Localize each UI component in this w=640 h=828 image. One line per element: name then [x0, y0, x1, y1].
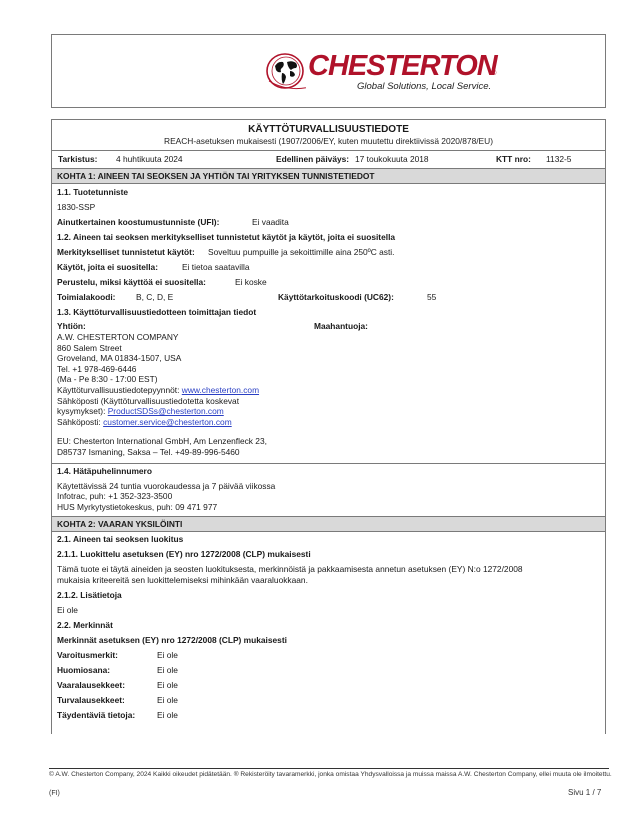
company-line: Tel. +1 978-469-6446: [52, 364, 605, 375]
chesterton-logo: CHESTERTON ® Global Solutions, Local Ser…: [266, 49, 506, 95]
ufi-row: Ainutkertainen koostumustunniste (UFI): …: [52, 215, 605, 230]
use-code-label: Käyttötarkoituskoodi (UC62):: [278, 290, 394, 305]
revision-label: Tarkistus:: [58, 151, 97, 168]
reason-value: Ei koske: [235, 275, 267, 290]
label-element-row: Varoitusmerkit:Ei ole: [52, 648, 605, 663]
classification-text: mukaisia kriteereitä sen luokittelemisek…: [52, 575, 605, 586]
relevant-uses-row: Merkitykselliset tunnistetut käytöt: Sov…: [52, 245, 605, 260]
classification-text: Tämä tuote ei täytä aineiden ja seosten …: [52, 564, 605, 575]
not-recommended-row: Käytöt, joita ei suositella: Ei tietoa s…: [52, 260, 605, 275]
product-identifier: 1830-SSP: [52, 200, 605, 215]
label-elements-heading: 2.2. Merkinnät: [52, 618, 605, 633]
email-cs-row: Sähköposti: customer.service@chesterton.…: [52, 417, 605, 428]
label-element-value: Ei ole: [157, 678, 178, 693]
label-element-label: Täydentäviä tietoja:: [57, 710, 135, 720]
reason-label: Perustelu, miksi käyttöä ei suositella:: [57, 277, 206, 287]
sector-code-value: B, C, D, E: [136, 290, 173, 305]
label-element-value: Ei ole: [157, 648, 178, 663]
footer-language: (FI): [49, 790, 60, 797]
emergency-phone-heading: 1.4. Hätäpuhelinnumero: [52, 464, 605, 479]
not-recommended-label: Käytöt, joita ei suositella:: [57, 262, 158, 272]
company-line: A.W. CHESTERTON COMPANY: [52, 332, 605, 343]
ufi-label: Ainutkertainen koostumustunniste (UFI):: [57, 217, 219, 227]
product-sds-email-link[interactable]: ProductSDSs@chesterton.com: [108, 406, 224, 416]
customer-service-email-link[interactable]: customer.service@chesterton.com: [103, 417, 232, 427]
revision-meta-row: Tarkistus: 4 huhtikuuta 2024 Edellinen p…: [52, 150, 605, 168]
ufi-value: Ei vaadita: [252, 215, 289, 230]
sds-document: KÄYTTÖTURVALLISUUSTIEDOTE REACH-asetukse…: [51, 119, 606, 734]
sector-code-row: Toimialakoodi: B, C, D, E Käyttötarkoitu…: [52, 290, 605, 305]
clp-labelling-heading: Merkinnät asetuksen (EY) nro 1272/2008 (…: [52, 633, 605, 648]
sds-requests-label: Käyttöturvallisuustiedotepyynnöt:: [57, 385, 182, 395]
emergency-line: Käytettävissä 24 tuntia vuorokaudessa ja…: [52, 481, 605, 492]
email-sds-label-line: Sähköposti (Käyttöturvallisuustiedotetta…: [52, 396, 605, 407]
revision-value: 4 huhtikuuta 2024: [116, 151, 183, 168]
use-code-value: 55: [427, 290, 436, 305]
label-element-row: Täydentäviä tietoja:Ei ole: [52, 708, 605, 723]
company-line: 860 Salem Street: [52, 343, 605, 354]
company-line: Groveland, MA 01834-1507, USA: [52, 353, 605, 364]
label-element-label: Varoitusmerkit:: [57, 650, 118, 660]
relevant-uses-label: Merkitykselliset tunnistetut käytöt:: [57, 247, 195, 257]
label-element-value: Ei ole: [157, 708, 178, 723]
label-element-row: Vaaralausekkeet:Ei ole: [52, 678, 605, 693]
importer-label: Maahantuoja:: [314, 320, 368, 332]
clp-classification-heading: 2.1.1. Luokittelu asetuksen (EY) nro 127…: [52, 547, 605, 562]
document-subtitle: REACH-asetuksen mukaisesti (1907/2006/EY…: [52, 136, 605, 150]
sds-number-value: 1132-5: [546, 151, 571, 168]
registered-mark: ®: [492, 71, 496, 77]
classification-heading: 2.1. Aineen tai seoksen luokitus: [52, 532, 605, 547]
logo-tagline: Global Solutions, Local Service.: [357, 81, 491, 92]
product-identifier-heading: 1.1. Tuotetunniste: [52, 184, 605, 200]
email-sds-label: kysymykset):: [57, 406, 108, 416]
email-sds-row: kysymykset): ProductSDSs@chesterton.com: [52, 406, 605, 417]
label-element-label: Huomiosana:: [57, 665, 110, 675]
sds-requests-row: Käyttöturvallisuustiedotepyynnöt: www.ch…: [52, 385, 605, 396]
label-element-row: Turvalausekkeet:Ei ole: [52, 693, 605, 708]
label-element-value: Ei ole: [157, 693, 178, 708]
website-link[interactable]: www.chesterton.com: [182, 385, 259, 395]
section-2-header: KOHTA 2: VAARAN YKSILÖINTI: [52, 516, 605, 532]
eu-address-line: D85737 Ismaning, Saksa – Tel. +49-89-996…: [52, 447, 605, 458]
emergency-line: Infotrac, puh: +1 352-323-3500: [52, 491, 605, 502]
document-title: KÄYTTÖTURVALLISUUSTIEDOTE: [52, 120, 605, 136]
sector-code-label: Toimialakoodi:: [57, 292, 115, 302]
relevant-uses-value: Soveltuu pumpuille ja sekoittimille aina…: [208, 245, 394, 260]
additional-info-heading: 2.1.2. Lisätietoja: [52, 588, 605, 603]
emergency-line: HUS Myrkytystietokeskus, puh: 09 471 977: [52, 502, 605, 513]
not-recommended-value: Ei tietoa saatavilla: [182, 260, 250, 275]
globe-icon: [266, 51, 306, 91]
additional-info: Ei ole: [52, 603, 605, 618]
company-label: Yhtiön:: [57, 321, 86, 331]
company-line: (Ma - Pe 8:30 - 17:00 EST): [52, 374, 605, 385]
section-1-header: KOHTA 1: AINEEN TAI SEOKSEN JA YHTIÖN TA…: [52, 168, 605, 184]
sds-number-label: KTT nro:: [496, 151, 531, 168]
previous-date-label: Edellinen päiväys:: [276, 151, 349, 168]
footer-rule: [49, 768, 609, 769]
label-element-label: Vaaralausekkeet:: [57, 680, 125, 690]
eu-address-line: EU: Chesterton International GmbH, Am Le…: [52, 436, 605, 447]
previous-date-value: 17 toukokuuta 2018: [355, 151, 429, 168]
relevant-uses-heading: 1.2. Aineen tai seoksen merkitykselliset…: [52, 230, 605, 245]
reason-row: Perustelu, miksi käyttöä ei suositella: …: [52, 275, 605, 290]
company-importer-row: Yhtiön: Maahantuoja:: [52, 320, 605, 332]
logo-box: CHESTERTON ® Global Solutions, Local Ser…: [51, 34, 606, 108]
logo-brand-name: CHESTERTON: [308, 49, 497, 83]
label-element-label: Turvalausekkeet:: [57, 695, 125, 705]
label-element-value: Ei ole: [157, 663, 178, 678]
page-number: Sivu 1 / 7: [568, 788, 601, 797]
email-cs-label: Sähköposti:: [57, 417, 103, 427]
label-element-row: Huomiosana:Ei ole: [52, 663, 605, 678]
supplier-details-heading: 1.3. Käyttöturvallisuustiedotteen toimit…: [52, 305, 605, 320]
footer-copyright: © A.W. Chesterton Company, 2024 Kaikki o…: [49, 771, 614, 779]
